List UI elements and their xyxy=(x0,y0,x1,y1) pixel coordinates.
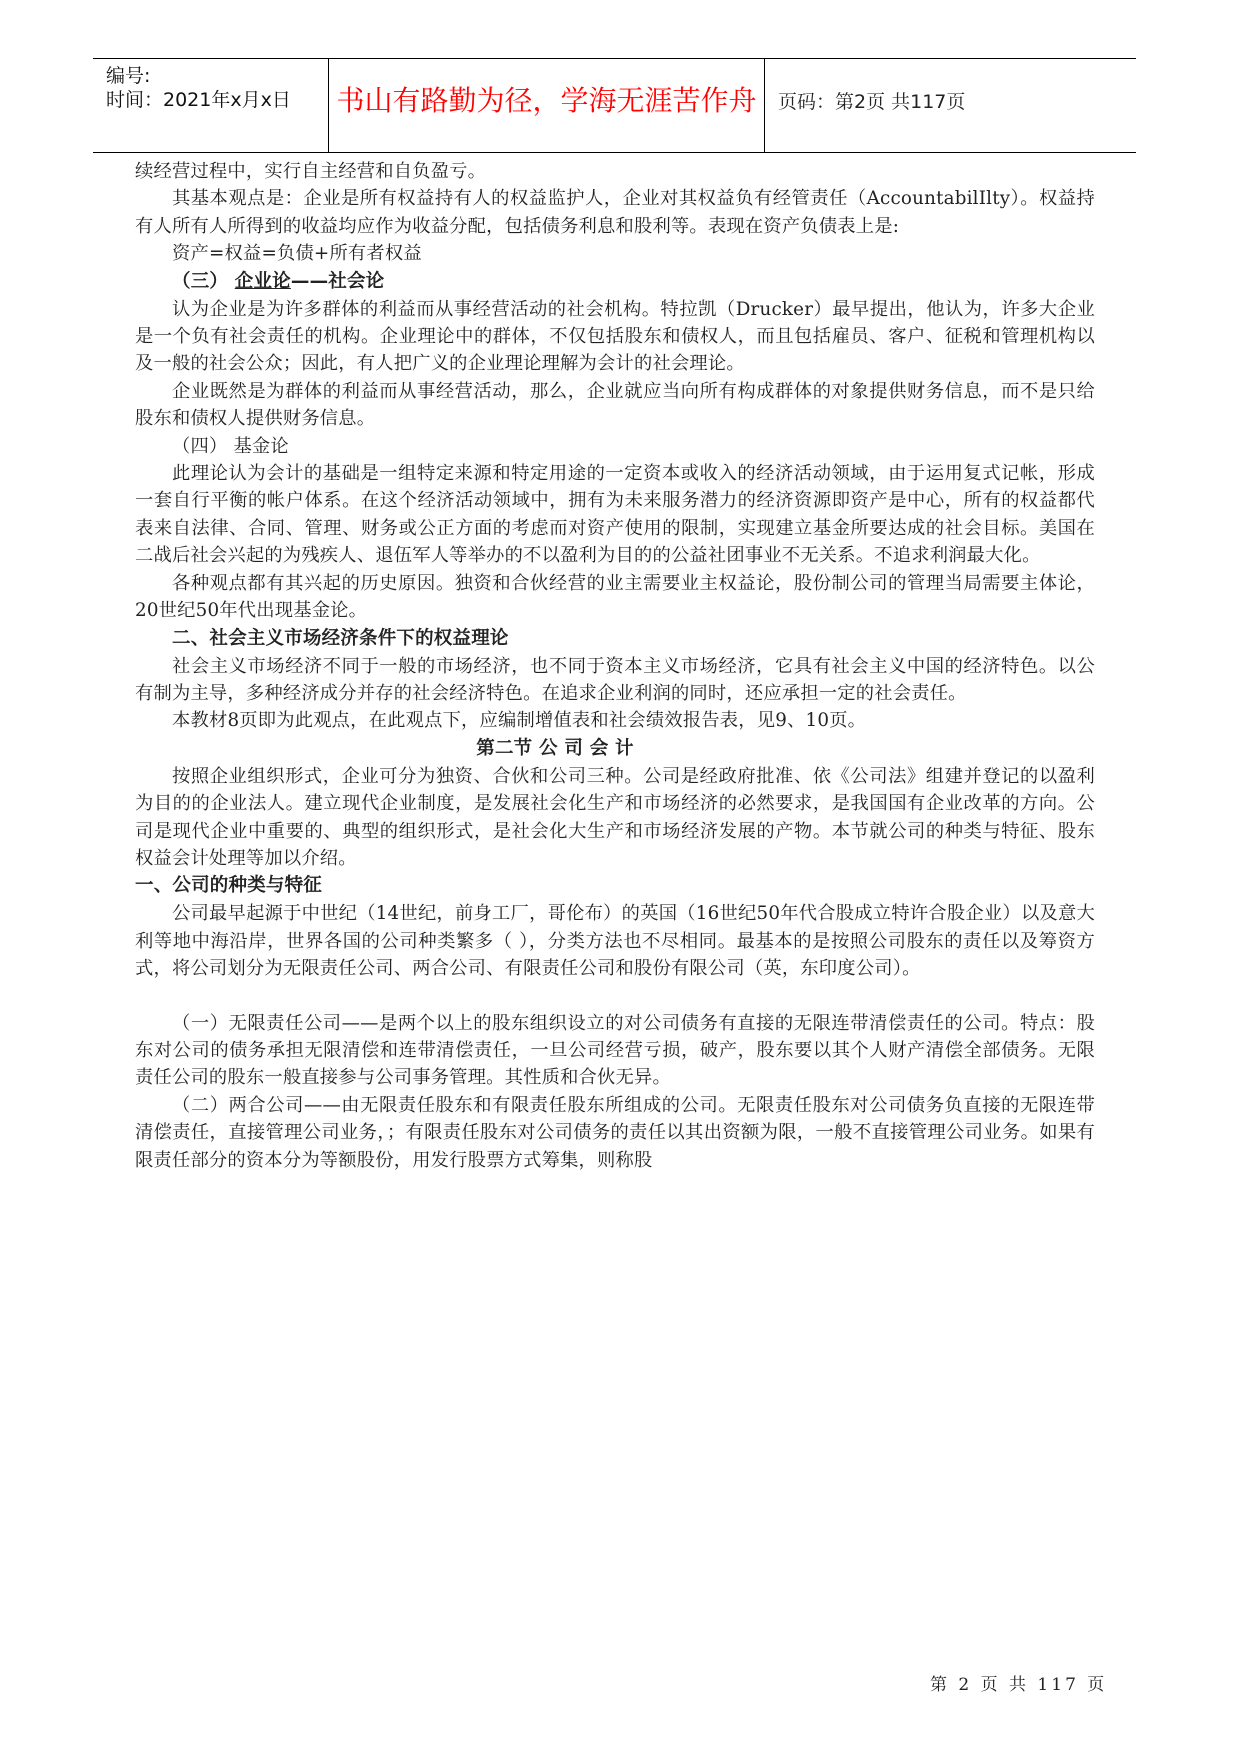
paragraph: 企业既然是为群体的利益而从事经营活动，那么，企业就应当向所有构成群体的对象提供财… xyxy=(135,378,1095,433)
heading-rest: ——社会论 xyxy=(291,271,385,292)
formula-line: 资产=权益=负债+所有者权益 xyxy=(135,240,1095,267)
section-title: 第二节 公 司 会 计 xyxy=(135,735,1095,763)
heading-fund-theory: （四） 基金论 xyxy=(135,433,1095,460)
paragraph: （一）无限责任公司——是两个以上的股东组织设立的对公司债务有直接的无限连带清偿责… xyxy=(135,1010,1095,1092)
header-meta-cell: 编号: 时间：2021年x月x日 xyxy=(93,59,328,152)
paragraph: 其基本观点是：企业是所有权益持有人的权益监护人，企业对其权益负有经管责任（Acc… xyxy=(135,185,1095,240)
header-motto-cell: 书山有路勤为径，学海无涯苦作舟 xyxy=(328,59,765,152)
page-header: 编号: 时间：2021年x月x日 书山有路勤为径，学海无涯苦作舟 页码：第2页 … xyxy=(93,58,1136,153)
heading-enterprise-theory: （三） 企业论——社会论 xyxy=(135,268,1095,296)
heading-prefix: （三） xyxy=(172,271,228,292)
serial-number-label: 编号: xyxy=(106,61,150,88)
paragraph: 按照企业组织形式，企业可分为独资、合伙和公司三种。公司是经政府批准、依《公司法》… xyxy=(135,763,1095,873)
date-label: 时间：2021年x月x日 xyxy=(106,85,291,112)
paragraph: 本教材8页即为此观点，在此观点下，应编制增值表和社会绩效报告表，见9、10页。 xyxy=(135,707,1095,734)
header-page-info: 页码：第2页 共117页 xyxy=(778,87,965,114)
paragraph: 此理论认为会计的基础是一组特定来源和特定用途的一定资本或收入的经济活动领域，由于… xyxy=(135,460,1095,570)
paragraph: 认为企业是为许多群体的利益而从事经营活动的社会机构。特拉凯（Drucker）最早… xyxy=(135,296,1095,378)
blank-line xyxy=(135,983,1095,1010)
heading-company-types: 一、公司的种类与特征 xyxy=(135,872,1095,900)
paragraph: 公司最早起源于中世纪（14世纪，前身工厂，哥伦布）的英国（16世纪50年代合股成… xyxy=(135,900,1095,982)
page-footer: 第 2 页 共 117 页 xyxy=(930,1670,1107,1695)
motto-text: 书山有路勤为径，学海无涯苦作舟 xyxy=(329,79,764,119)
paragraph: （二）两合公司——由无限责任股东和有限责任股东所组成的公司。无限责任股东对公司债… xyxy=(135,1092,1095,1174)
paragraph: 续经营过程中，实行自主经营和自负盈亏。 xyxy=(135,158,1095,185)
header-page-cell: 页码：第2页 共117页 xyxy=(764,59,1136,152)
heading-socialist-equity-theory: 二、社会主义市场经济条件下的权益理论 xyxy=(135,625,1095,653)
paragraph: 各种观点都有其兴起的历史原因。独资和合伙经营的业主需要业主权益论，股份制公司的管… xyxy=(135,570,1095,625)
document-body: 续经营过程中，实行自主经营和自负盈亏。 其基本观点是：企业是所有权益持有人的权益… xyxy=(135,158,1095,1174)
paragraph: 社会主义市场经济不同于一般的市场经济，也不同于资本主义市场经济，它具有社会主义中… xyxy=(135,653,1095,708)
heading-underlined-term: 企业论 xyxy=(235,271,291,292)
